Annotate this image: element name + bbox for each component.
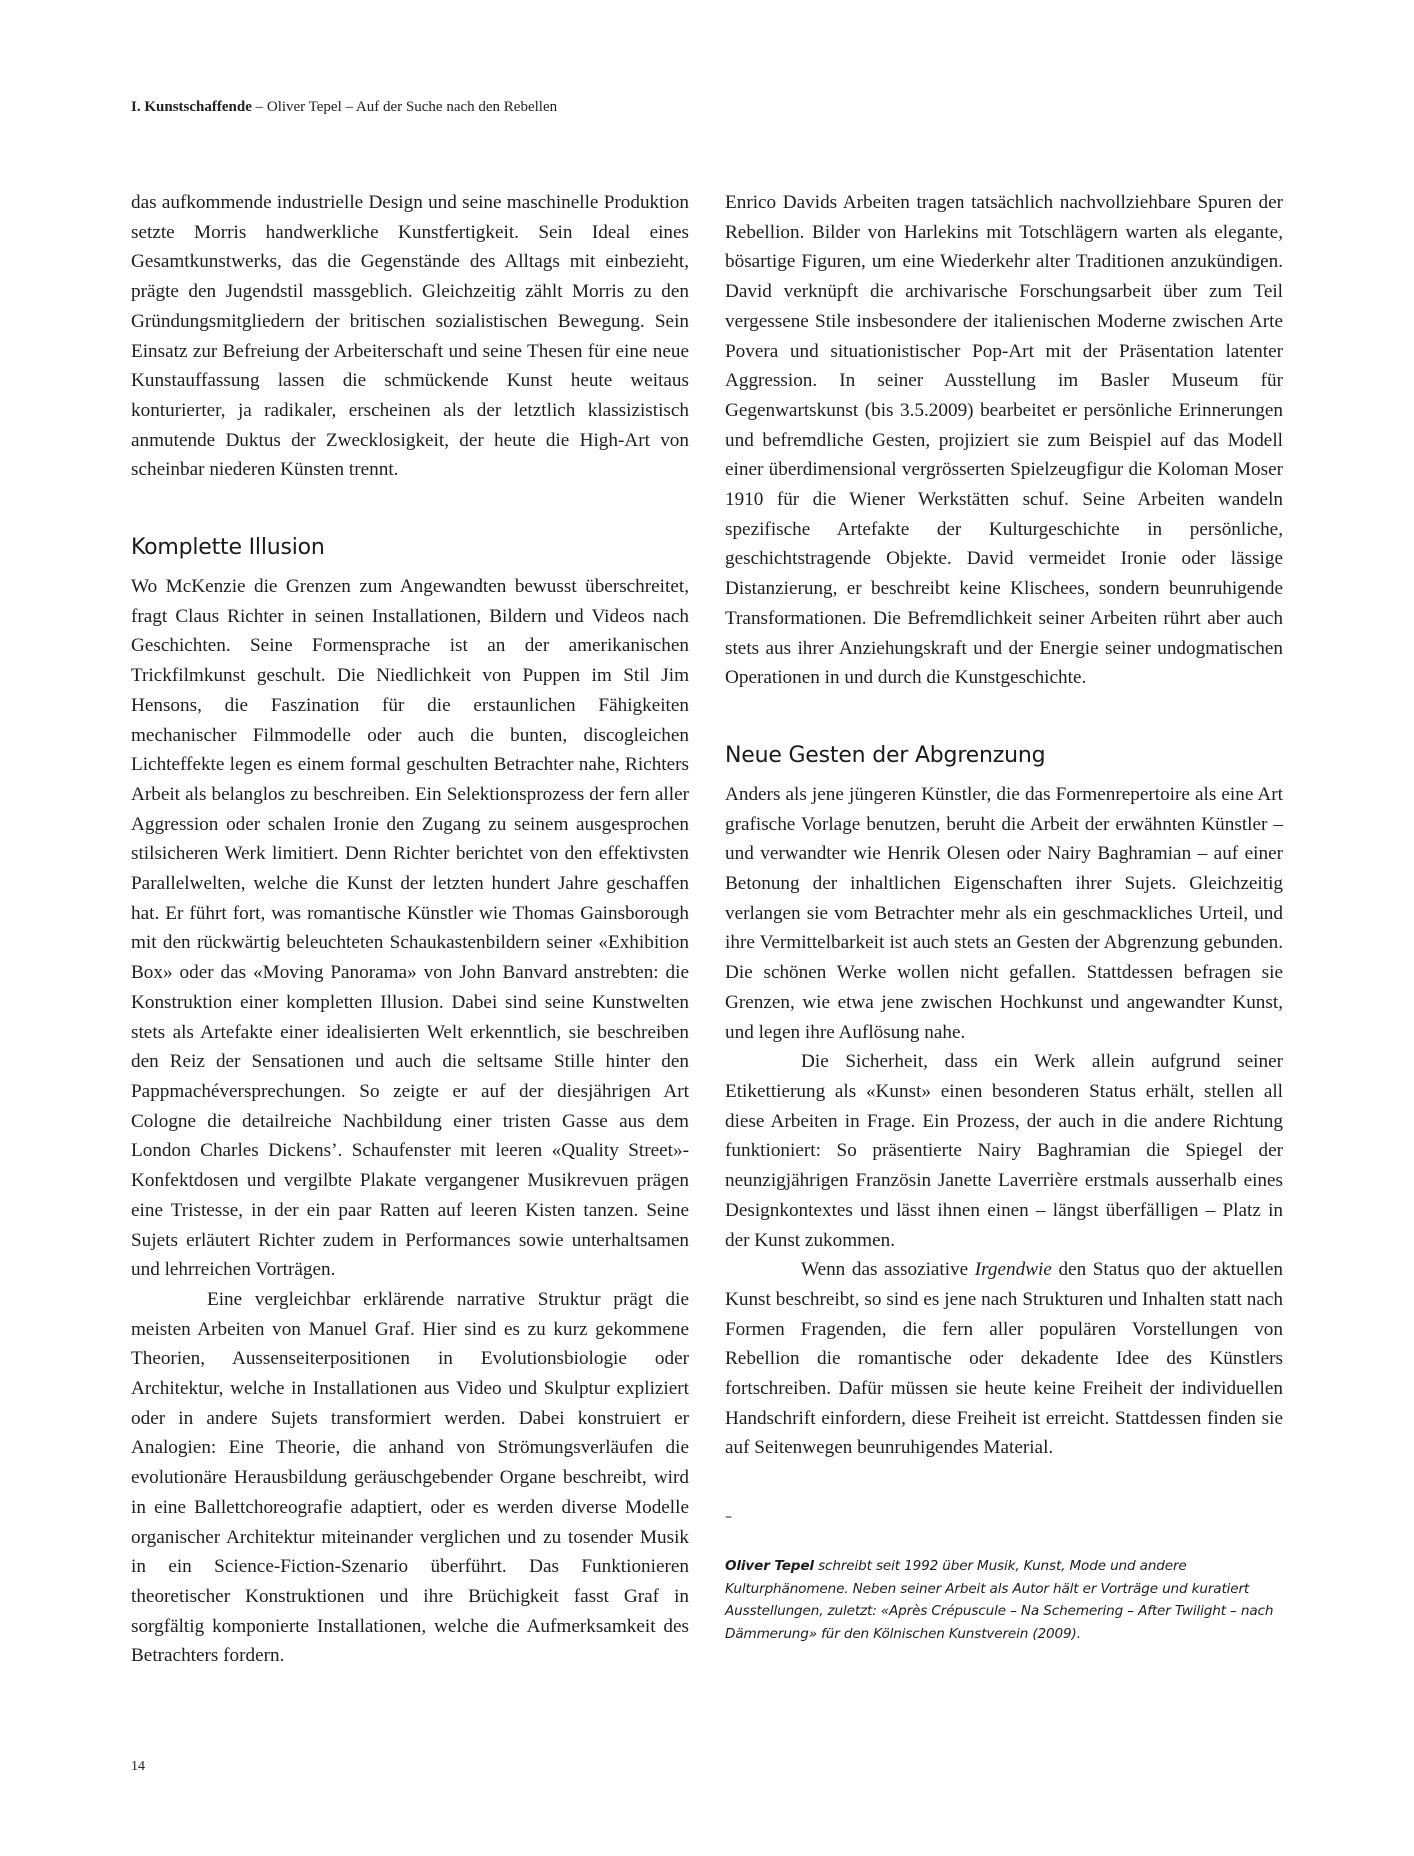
right-column: Enrico Davids Arbeiten tragen tatsächlic…	[725, 188, 1283, 1645]
paragraph-anders: Anders als jene jüngeren Künstler, die d…	[725, 780, 1283, 1047]
page-number: 14	[131, 1759, 145, 1775]
paragraph-sicherheit: Die Sicherheit, dass ein Werk allein auf…	[725, 1047, 1283, 1255]
running-head-title: – Oliver Tepel – Auf der Suche nach den …	[252, 99, 557, 115]
running-head: I. Kunstschaffende – Oliver Tepel – Auf …	[131, 99, 557, 116]
paragraph-text: Wenn das assoziative	[801, 1259, 975, 1280]
paragraph-graf: Eine vergleichbar erklärende narrative S…	[131, 1285, 689, 1671]
section-heading-komplette-illusion: Komplette Illusion	[131, 533, 689, 563]
author-bio: Oliver Tepel schreibt seit 1992 über Mus…	[725, 1555, 1283, 1645]
paragraph-irgendwie: Wenn das assoziative Irgendwie den Statu…	[725, 1255, 1283, 1463]
running-head-section: I. Kunstschaffende	[131, 99, 252, 115]
author-name: Oliver Tepel	[725, 1558, 814, 1574]
paragraph-text: den Status quo der aktuellen Kunst besch…	[725, 1259, 1283, 1458]
intro-paragraph-left: das aufkommende industrielle Design und …	[131, 188, 689, 485]
paragraph-richter: Wo McKenzie die Grenzen zum Angewandten …	[131, 572, 689, 1285]
section-heading-neue-gesten: Neue Gesten der Abgrenzung	[725, 741, 1283, 771]
separator-dash: –	[725, 1507, 1283, 1527]
emphasis-irgendwie: Irgendwie	[975, 1259, 1052, 1280]
left-column: das aufkommende industrielle Design und …	[131, 188, 689, 1671]
intro-paragraph-right: Enrico Davids Arbeiten tragen tatsächlic…	[725, 188, 1283, 693]
